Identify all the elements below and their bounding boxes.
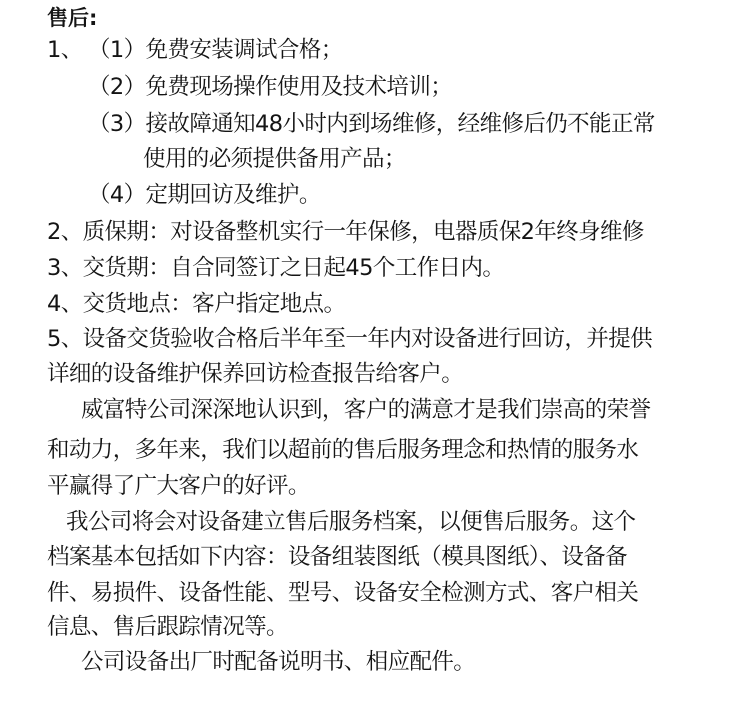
section-heading: 售后: (47, 3, 97, 33)
after-sales-document: 售后: 1、 （1）免费安装调试合格； （2）免费现场操作使用及技术培训； （3… (0, 0, 750, 722)
service-sub-item-1: （1）免费安装调试合格； (88, 35, 343, 65)
paragraph-3-line-1: 公司设备出厂时配备说明书、相应配件。 (81, 647, 475, 677)
service-sub-item-3: （3）接故障通知48小时内到场维修，经维修后仍不能正常 (88, 109, 655, 139)
paragraph-2-line-1: 我公司将会对设备建立售后服务档案，以便售后服务。这个 (66, 507, 635, 537)
item-number-1: 1、 (47, 35, 83, 65)
paragraph-1-line-1: 威富特公司深深地认识到，客户的满意才是我们崇高的荣誉 (81, 395, 650, 425)
service-sub-item-3-continued: 使用的必须提供备用产品； (143, 144, 406, 174)
paragraph-1-line-2: 和动力，多年来，我们以超前的售后服务理念和热情的服务水 (47, 435, 638, 465)
clause-follow-up-visit: 5、设备交货验收合格后半年至一年内对设备进行回访，并提供 (47, 324, 652, 354)
service-sub-item-2: （2）免费现场操作使用及技术培训； (88, 72, 452, 102)
clause-warranty: 2、质保期：对设备整机实行一年保修，电器质保2年终身维修 (47, 217, 644, 247)
paragraph-2-line-2: 档案基本包括如下内容：设备组装图纸（模具图纸）、设备备 (47, 542, 627, 572)
clause-follow-up-visit-continued: 详细的设备维护保养回访检查报告给客户。 (47, 359, 463, 389)
clause-delivery-location: 4、交货地点：客户指定地点。 (47, 289, 345, 319)
clause-delivery-time: 3、交货期：自合同签订之日起45个工作日内。 (47, 253, 504, 283)
paragraph-2-line-3: 件、易损件、设备性能、型号、设备安全检测方式、客户相关 (47, 578, 638, 608)
service-sub-item-4: （4）定期回访及维护。 (88, 180, 321, 210)
paragraph-2-line-4: 信息、售后跟踪情况等。 (47, 612, 288, 642)
paragraph-1-line-3: 平赢得了广大客户的好评。 (47, 471, 310, 501)
